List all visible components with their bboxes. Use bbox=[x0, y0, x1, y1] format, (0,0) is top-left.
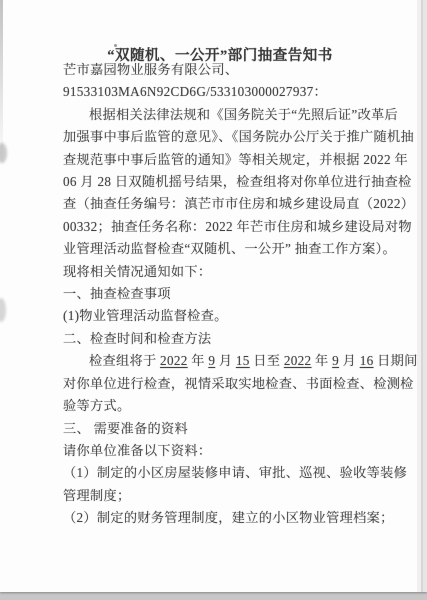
underlined-date-value: 2022 bbox=[284, 353, 312, 368]
doc-line-15: 对你单位进行检查，视情采取实地检查、书面检查、检测检 bbox=[63, 373, 413, 395]
underlined-date-value: 16 bbox=[360, 353, 374, 368]
doc-line-14: 检查组将于 2022 年 9 月 15 日至 2022 年 9 月 16 日期间 bbox=[63, 350, 413, 372]
scan-edge-right-band-3 bbox=[423, 0, 427, 592]
doc-line-20: 管理制度； bbox=[63, 485, 413, 507]
date-text-segment: 月 bbox=[339, 353, 360, 368]
date-text-segment: 日期间 bbox=[374, 353, 418, 368]
scan-speck bbox=[114, 44, 117, 47]
document-body: 芒市嘉园物业服务有限公司、91533103MA6N92CD6G/53310300… bbox=[63, 59, 413, 530]
doc-line-13: 二、检查时间和检查方法 bbox=[63, 328, 413, 350]
doc-line-5: 查规范事中事后监管的通知》等相关规定，并根据 2022 年 bbox=[63, 149, 413, 171]
underlined-date-value: 2022 bbox=[160, 353, 188, 368]
doc-line-12: (1)物业管理活动监督检查。 bbox=[63, 305, 413, 327]
date-text-segment: 日至 bbox=[250, 353, 284, 368]
doc-line-8: 00332；抽查任务名称：2022 年芒市住房和城乡建设局对物 bbox=[63, 216, 413, 238]
date-text-segment: 月 bbox=[215, 353, 236, 368]
doc-line-7: 查（抽查任务编号：滇芒市市住房和城乡建设局直（2022） bbox=[63, 193, 413, 215]
date-text-segment: 检查组将于 bbox=[89, 353, 160, 368]
scan-edge-left-shadow bbox=[0, 0, 3, 165]
paper-page: “双随机、一公开”部门抽查告知书 芒市嘉园物业服务有限公司、91533103MA… bbox=[0, 0, 427, 592]
scanned-notice-screenshot: { "document": { "title": "“双随机、一公开”部门抽查告… bbox=[0, 0, 427, 600]
doc-line-2: 91533103MA6N92CD6G/533103000027937： bbox=[63, 81, 413, 103]
doc-line-11: 一、抽查检查事项 bbox=[63, 283, 413, 305]
doc-line-17: 三、 需要准备的资料 bbox=[63, 418, 413, 440]
doc-line-19: （1）制定的小区房屋装修申请、审批、巡视、验收等装修 bbox=[63, 462, 413, 484]
date-text-segment: 年 bbox=[311, 353, 332, 368]
doc-line-3: 根据相关法律法规和《国务院关于“先照后证”改革后 bbox=[63, 104, 413, 126]
underlined-date-value: 15 bbox=[236, 353, 250, 368]
doc-line-6: 06 月 28 日双随机摇号结果，检查组将对你单位进行抽查检 bbox=[63, 171, 413, 193]
doc-line-9: 业管理活动监督检查“双随机、一公开” 抽查工作方案）。 bbox=[63, 238, 413, 260]
doc-line-21: （2）制定的财务管理制度，建立的小区物业管理档案； bbox=[63, 507, 413, 529]
doc-line-10: 现将相关情况通知如下： bbox=[63, 261, 413, 283]
doc-line-4: 加强事中事后监管的意见》、《国务院办公厅关于推广随机抽 bbox=[63, 126, 413, 148]
doc-line-16: 验等方式。 bbox=[63, 395, 413, 417]
doc-line-18: 请你单位准备以下资料： bbox=[63, 440, 413, 462]
underlined-date-value: 9 bbox=[332, 353, 339, 368]
doc-line-1: 芒市嘉园物业服务有限公司、 bbox=[63, 59, 413, 81]
date-text-segment: 年 bbox=[188, 353, 209, 368]
